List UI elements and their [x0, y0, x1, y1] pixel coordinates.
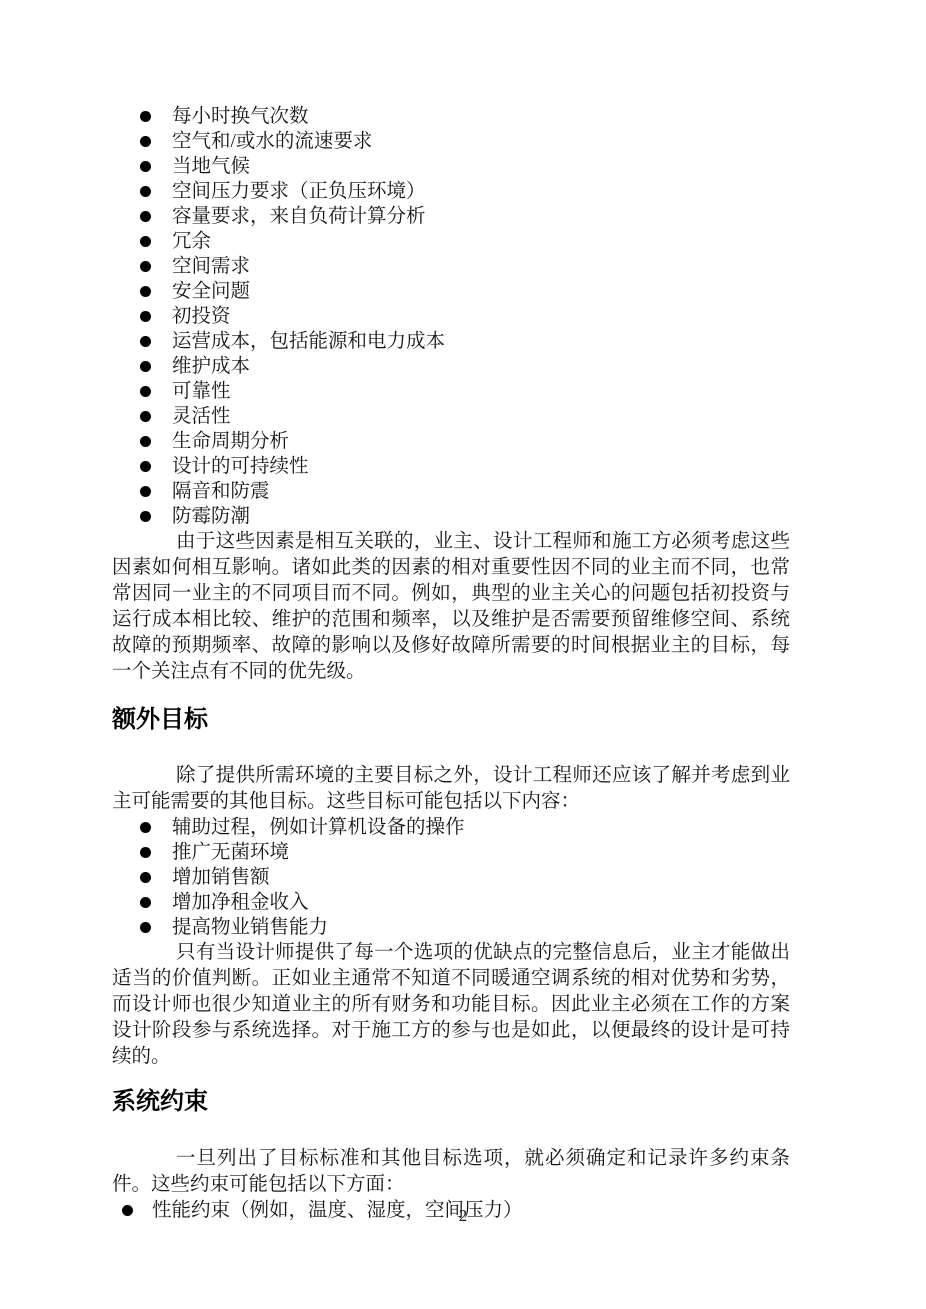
- list-item-text: 可靠性: [172, 381, 231, 402]
- bullet-icon: [140, 161, 151, 172]
- bullet-icon: [140, 486, 151, 497]
- bullet-icon: [140, 236, 151, 247]
- list-item-text: 灵活性: [172, 406, 231, 427]
- list-item-text: 空气和/或水的流速要求: [172, 131, 372, 152]
- list-item-text: 空间需求: [172, 256, 250, 277]
- list-item: 初投资: [112, 304, 790, 329]
- paragraph-value-judgement: 只有当设计师提供了每一个选项的优缺点的完整信息后，业主才能做出适当的价值判断。正…: [112, 940, 790, 1070]
- bullet-icon: [140, 436, 151, 447]
- heading-additional-goals: 额外目标: [112, 705, 790, 735]
- bullet-icon: [140, 361, 151, 372]
- list-item-text: 隔音和防震: [172, 481, 270, 502]
- bullet-icon: [140, 286, 151, 297]
- list-item-text: 推广无菌环境: [172, 842, 289, 863]
- list-item: 冗余: [112, 229, 790, 254]
- list-item: 隔音和防震: [112, 479, 790, 504]
- list-item-text: 防霉防潮: [172, 506, 250, 527]
- list-item-text: 增加净租金收入: [172, 892, 309, 913]
- bullet-icon: [140, 822, 151, 833]
- bullet-icon: [140, 211, 151, 222]
- list-item-text: 生命周期分析: [172, 431, 289, 452]
- list-item: 维护成本: [112, 354, 790, 379]
- list-item: 生命周期分析: [112, 429, 790, 454]
- list-item: 增加净租金收入: [112, 890, 790, 915]
- list-item: 可靠性: [112, 379, 790, 404]
- list-item-text: 空间压力要求（正负压环境）: [172, 181, 426, 202]
- bullet-icon: [140, 386, 151, 397]
- list-item: 空气和/或水的流速要求: [112, 129, 790, 154]
- heading-system-constraints: 系统约束: [112, 1087, 790, 1117]
- design-factors-list: 每小时换气次数空气和/或水的流速要求当地气候空间压力要求（正负压环境）容量要求，…: [112, 104, 790, 529]
- list-item-text: 冗余: [172, 231, 211, 252]
- list-item: 空间需求: [112, 254, 790, 279]
- list-item: 防霉防潮: [112, 504, 790, 529]
- bullet-icon: [140, 461, 151, 472]
- list-item: 设计的可持续性: [112, 454, 790, 479]
- list-item: 安全问题: [112, 279, 790, 304]
- list-item: 运营成本，包括能源和电力成本: [112, 329, 790, 354]
- bullet-icon: [140, 136, 151, 147]
- list-item: 增加销售额: [112, 865, 790, 890]
- bullet-icon: [140, 897, 151, 908]
- list-item-text: 安全问题: [172, 281, 250, 302]
- list-item-text: 初投资: [172, 306, 231, 327]
- list-item: 灵活性: [112, 404, 790, 429]
- list-item-text: 增加销售额: [172, 867, 270, 888]
- bullet-icon: [140, 261, 151, 272]
- page-number: 2: [0, 1206, 926, 1226]
- bullet-icon: [140, 847, 151, 858]
- list-item: 空间压力要求（正负压环境）: [112, 179, 790, 204]
- list-item: 推广无菌环境: [112, 840, 790, 865]
- bullet-icon: [140, 411, 151, 422]
- bullet-icon: [140, 511, 151, 522]
- list-item: 提高物业销售能力: [112, 915, 790, 940]
- bullet-icon: [140, 336, 151, 347]
- paragraph-factors-interrelated: 由于这些因素是相互关联的，业主、设计工程师和施工方必须考虑这些因素如何相互影响。…: [112, 529, 790, 685]
- paragraph-constraints-intro: 一旦列出了目标标准和其他目标选项，就必须确定和记录许多约束条件。这些约束可能包括…: [112, 1146, 790, 1198]
- list-item-text: 设计的可持续性: [172, 456, 309, 477]
- additional-goals-list: 辅助过程，例如计算机设备的操作推广无菌环境增加销售额增加净租金收入提高物业销售能…: [112, 815, 790, 940]
- bullet-icon: [140, 111, 151, 122]
- list-item-text: 提高物业销售能力: [172, 917, 328, 938]
- list-item-text: 当地气候: [172, 156, 250, 177]
- list-item: 每小时换气次数: [112, 104, 790, 129]
- list-item: 容量要求，来自负荷计算分析: [112, 204, 790, 229]
- list-item: 辅助过程，例如计算机设备的操作: [112, 815, 790, 840]
- list-item-text: 每小时换气次数: [172, 106, 309, 127]
- bullet-icon: [140, 311, 151, 322]
- bullet-icon: [140, 872, 151, 883]
- list-item: 当地气候: [112, 154, 790, 179]
- list-item-text: 维护成本: [172, 356, 250, 377]
- list-item-text: 运营成本，包括能源和电力成本: [172, 331, 445, 352]
- list-item-text: 容量要求，来自负荷计算分析: [172, 206, 426, 227]
- bullet-icon: [140, 922, 151, 933]
- bullet-icon: [140, 186, 151, 197]
- list-item-text: 辅助过程，例如计算机设备的操作: [172, 817, 465, 838]
- paragraph-additional-goals-intro: 除了提供所需环境的主要目标之外，设计工程师还应该了解并考虑到业主可能需要的其他目…: [112, 763, 790, 815]
- document-page: 每小时换气次数空气和/或水的流速要求当地气候空间压力要求（正负压环境）容量要求，…: [0, 0, 926, 1309]
